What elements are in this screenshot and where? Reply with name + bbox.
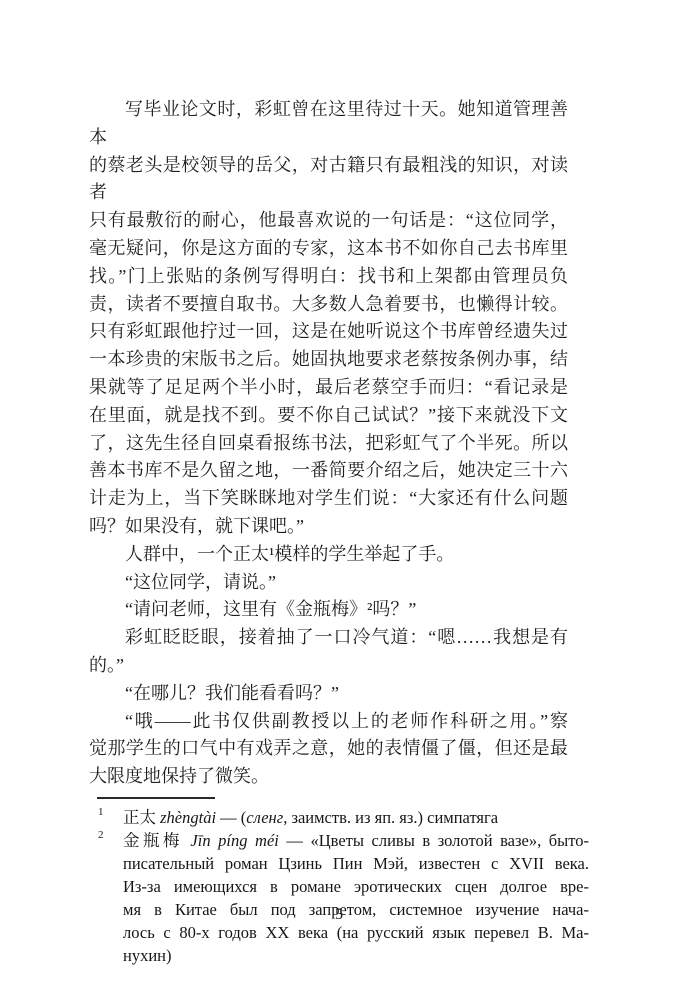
text-line: 写毕业论文时，彩虹曾在这里待过十天。她知道管理善本 xyxy=(89,96,568,152)
text-segment: лось с 80-х годов XX века (на русский яз… xyxy=(123,923,589,942)
footnote-line: нухин) xyxy=(123,944,589,967)
text-segment: zhèngtài xyxy=(160,808,216,827)
footnote: 1正太 zhèngtài — (сленг, заимств. из яп. я… xyxy=(89,806,589,829)
text-segment: — ( xyxy=(216,808,246,827)
footnote-line: 正太 zhèngtài — (сленг, заимств. из яп. яз… xyxy=(123,806,589,829)
text-line: “在哪儿？我们能看看吗？” xyxy=(89,680,568,708)
text-segment: Jīn píng méi xyxy=(190,831,278,850)
text-segment: нухин) xyxy=(123,946,172,965)
text-line: 的蔡老头是校领导的岳父，对古籍只有最粗浅的知识，对读者 xyxy=(89,152,568,208)
text-line: 在里面，就是找不到。要不你自己试试？”接下来就没下文 xyxy=(89,402,568,430)
text-line: 毫无疑问，你是这方面的专家，这本书不如你自己去书库里 xyxy=(89,235,568,263)
book-page: 写毕业论文时，彩虹曾在这里待过十天。她知道管理善本的蔡老头是校领导的岳父，对古籍… xyxy=(0,0,686,1000)
paragraph: “请问老师，这里有《金瓶梅》²吗？” xyxy=(89,596,568,624)
text-line: 只有彩虹跟他拧过一回，这是在她听说这个书库曾经遗失过 xyxy=(89,318,568,346)
text-line: “这位同学，请说。” xyxy=(89,569,568,597)
text-line: 觉那学生的口气中有戏弄之意，她的表情僵了僵，但还是最 xyxy=(89,735,568,763)
footnote-line: писательный роман Цзинь Пин Мэй, известе… xyxy=(123,852,589,875)
text-block: 写毕业论文时，彩虹曾在这里待过十天。她知道管理善本的蔡老头是校领导的岳父，对古籍… xyxy=(89,96,589,967)
text-line: 了，这先生径自回桌看报练书法，把彩虹气了个半死。所以 xyxy=(89,430,568,458)
paragraph: “这位同学，请说。” xyxy=(89,569,568,597)
footnote-line: лось с 80-х годов XX века (на русский яз… xyxy=(123,921,589,944)
text-line: 善本书库不是久留之地，一番简要介绍之后，她决定三十六 xyxy=(89,457,568,485)
text-line: 彩虹眨眨眼，接着抽了一口冷气道：“嗯……我想是有 xyxy=(89,624,568,652)
text-line: 人群中，一个正太¹模样的学生举起了手。 xyxy=(89,541,568,569)
text-line: 吗？如果没有，就下课吧。” xyxy=(89,513,568,541)
text-line: 一本珍贵的宋版书之后。她固执地要求老蔡按条例办事，结 xyxy=(89,346,568,374)
paragraph: 人群中，一个正太¹模样的学生举起了手。 xyxy=(89,541,568,569)
text-segment: писательный роман Цзинь Пин Мэй, известе… xyxy=(123,854,589,873)
text-line: 责，读者不要擅自取书。大多数人急着要书，也懒得计较。 xyxy=(89,291,568,319)
paragraph: 写毕业论文时，彩虹曾在这里待过十天。她知道管理善本的蔡老头是校领导的岳父，对古籍… xyxy=(89,96,568,541)
text-line: 大限度地保持了微笑。 xyxy=(89,763,568,791)
footnote-marker: 2 xyxy=(98,830,104,841)
text-line: “哦——此书仅供副教授以上的老师作科研之用。”察 xyxy=(89,708,568,736)
paragraph: “在哪儿？我们能看看吗？” xyxy=(89,680,568,708)
footnote-marker: 1 xyxy=(98,807,104,818)
text-segment: Из-за имеющихся в романе эротических сце… xyxy=(123,877,589,896)
text-line: 果就等了足足两个半小时，最后老蔡空手而归：“看记录是 xyxy=(89,374,568,402)
text-line: “请问老师，这里有《金瓶梅》²吗？” xyxy=(89,596,568,624)
text-segment: — «Цветы сливы в золотой вазе», быто- xyxy=(279,831,589,850)
paragraph: “哦——此书仅供副教授以上的老师作科研之用。”察觉那学生的口气中有戏弄之意，她的… xyxy=(89,708,568,791)
footnote: 2金瓶梅 Jīn píng méi — «Цветы сливы в золот… xyxy=(89,829,589,967)
footnote-line: 金瓶梅 Jīn píng méi — «Цветы сливы в золото… xyxy=(123,829,589,852)
text-line: 计走为上，当下笑眯眯地对学生们说：“大家还有什么问题 xyxy=(89,485,568,513)
main-text: 写毕业论文时，彩虹曾在这里待过十天。她知道管理善本的蔡老头是校领导的岳父，对古籍… xyxy=(89,96,568,791)
page-number: 5 xyxy=(89,906,589,924)
paragraph: 彩虹眨眨眼，接着抽了一口冷气道：“嗯……我想是有的。” xyxy=(89,624,568,680)
text-line: 只有最敷衍的耐心，他最喜欢说的一句话是：“这位同学， xyxy=(89,207,568,235)
footnotes: 1正太 zhèngtài — (сленг, заимств. из яп. я… xyxy=(89,806,589,967)
text-segment: , заимств. из яп. яз.) симпатяга xyxy=(283,808,498,827)
footnote-line: Из-за имеющихся в романе эротических сце… xyxy=(123,875,589,898)
footnote-separator xyxy=(97,797,215,799)
text-segment: 金瓶梅 xyxy=(123,831,190,850)
text-line: 找。”门上张贴的条例写得明白：找书和上架都由管理员负 xyxy=(89,263,568,291)
text-line: 的。” xyxy=(89,652,568,680)
text-segment: сленг xyxy=(246,808,283,827)
text-segment: 正太 xyxy=(123,808,160,827)
